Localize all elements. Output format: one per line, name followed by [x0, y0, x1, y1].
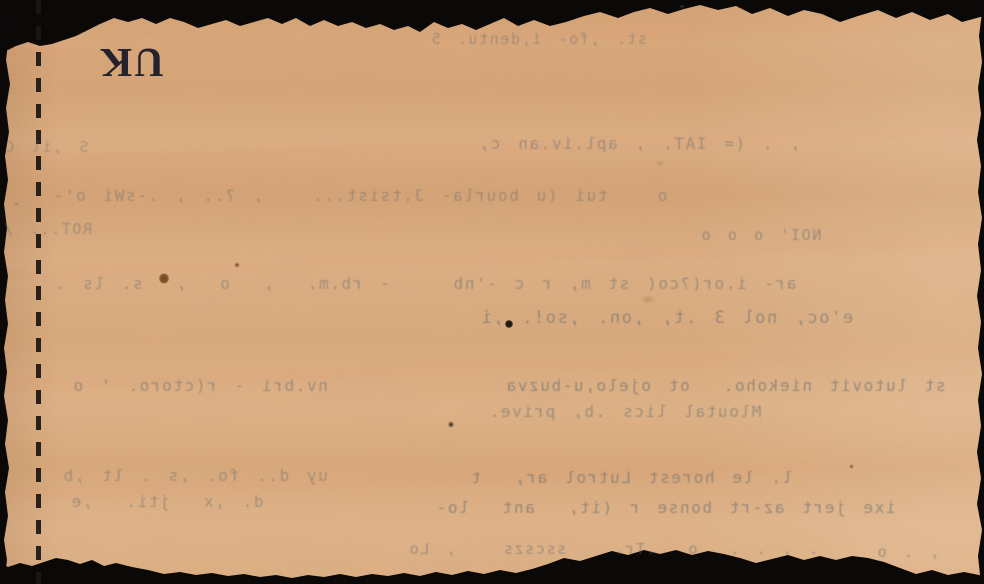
bleed-through-line: nv.bri - r(ctoro. ' o [72, 376, 328, 395]
bleed-through-line: . . . . o .Tr. sscszs , Lo [408, 540, 818, 558]
perforation-dashed-line [36, 0, 41, 584]
bleed-through-line: st. ,fo- i,dentu. 5 [430, 30, 647, 48]
bleed-through-line: S ,il C [4, 138, 88, 156]
bleed-through-line: , . (= IAT. , apl.iv.an c, [478, 134, 800, 153]
bleed-through-line: d. ,x jti. ,e [70, 492, 264, 511]
bleed-through-line: Mloutal lics .b, prive. [488, 402, 761, 421]
bleed-through-line: ROT... / [2, 220, 92, 238]
bleed-through-line: o tui (u bourla- J.tsist... , ?.. , .-sW… [52, 186, 667, 205]
bleed-through-line: uy d.. fo. ,s . lt ,b [62, 466, 328, 485]
bleed-through-line: ar- i.or(?co( st m, r c -'nb [452, 274, 797, 293]
bleed-through-line: - [10, 194, 21, 213]
bleed-through-line: NOI' o o o [700, 226, 821, 244]
bleed-through-line: l. le horest Lutrol ar, t [470, 468, 792, 487]
bleed-through-line: e'oc, nol 3 .t, ,on. ,so!. ,i [480, 308, 853, 328]
bleed-through-line: - rb.m. , o , s. ls . [54, 274, 390, 293]
bleed-through-line: ixe jert az-rt bonse r (it, ant lo- [435, 498, 896, 517]
uk-stamp: UK [92, 40, 170, 86]
scanned-document: UK ˇ st. ,fo- i,dentu. 5 S ,il C , . (= … [0, 0, 984, 584]
bleed-through-line: st lutovit niekoho. ot ojelo,u-buzva [505, 376, 946, 395]
bleed-through-line: , . o [876, 543, 939, 561]
tick-mark: ˇ [678, 4, 686, 18]
